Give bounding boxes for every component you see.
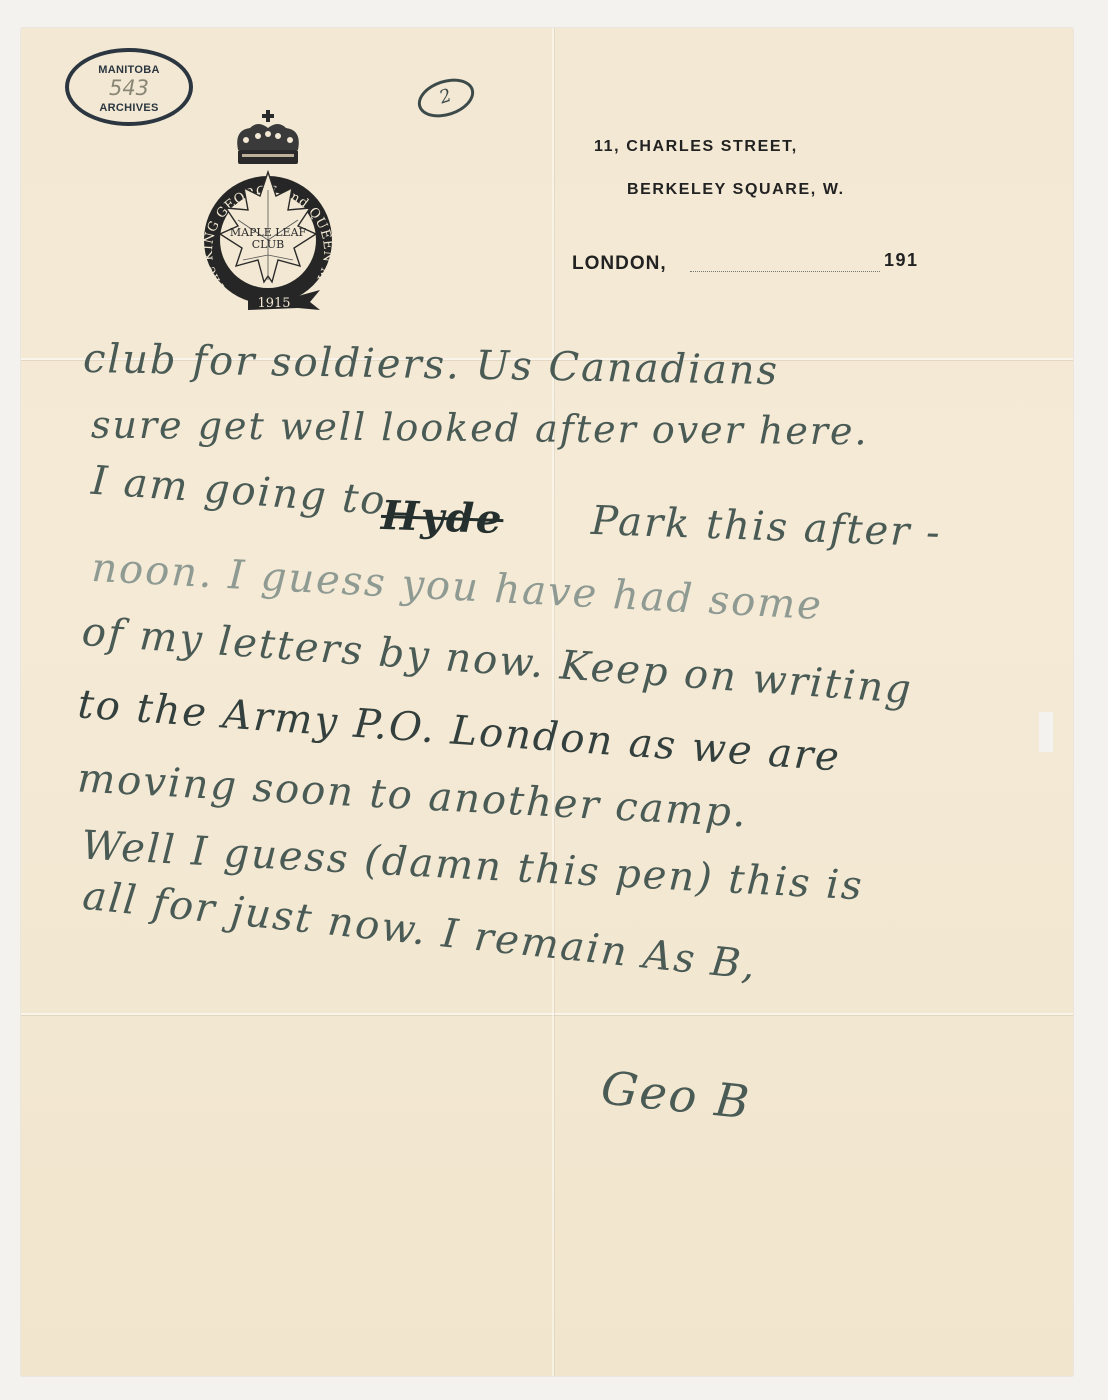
fold-line [21,1013,1073,1015]
handwritten-line: club for soldiers. Us Canadians [83,336,780,394]
handwritten-line: I am going to [90,458,388,525]
struck-word: Hyde [380,492,504,543]
letter-page: MANITOBA 543 ARCHIVES 2 [21,28,1073,1376]
handwritten-line: Park this after - [590,498,942,556]
svg-text:1915: 1915 [257,296,290,311]
handwritten-line: moving soon to another camp. [76,755,749,836]
date-line [690,271,880,272]
fold-line [552,28,554,1376]
archive-stamp: MANITOBA 543 ARCHIVES [65,48,193,126]
signature: Geo B [599,1060,754,1129]
year-prefix: 191 [884,250,919,271]
address-line-2: BERKELEY SQUARE, W. [627,181,845,199]
crown-maple-leaf-crest-icon: The KING GEORGE and QUEEN MARY MAPLE LEA… [198,110,338,322]
torn-edge [1039,712,1053,752]
city-label: LONDON, [572,253,667,275]
stamp-number: 543 [69,76,189,100]
stamp-top-text: MANITOBA [69,64,189,76]
stamp-bottom-text: ARCHIVES [69,102,189,114]
svg-text:CLUB: CLUB [252,238,284,251]
page-number: 2 [413,72,479,124]
address-line-1: 11, CHARLES STREET, [594,138,798,156]
handwritten-line: sure get well looked after over here. [91,403,869,454]
